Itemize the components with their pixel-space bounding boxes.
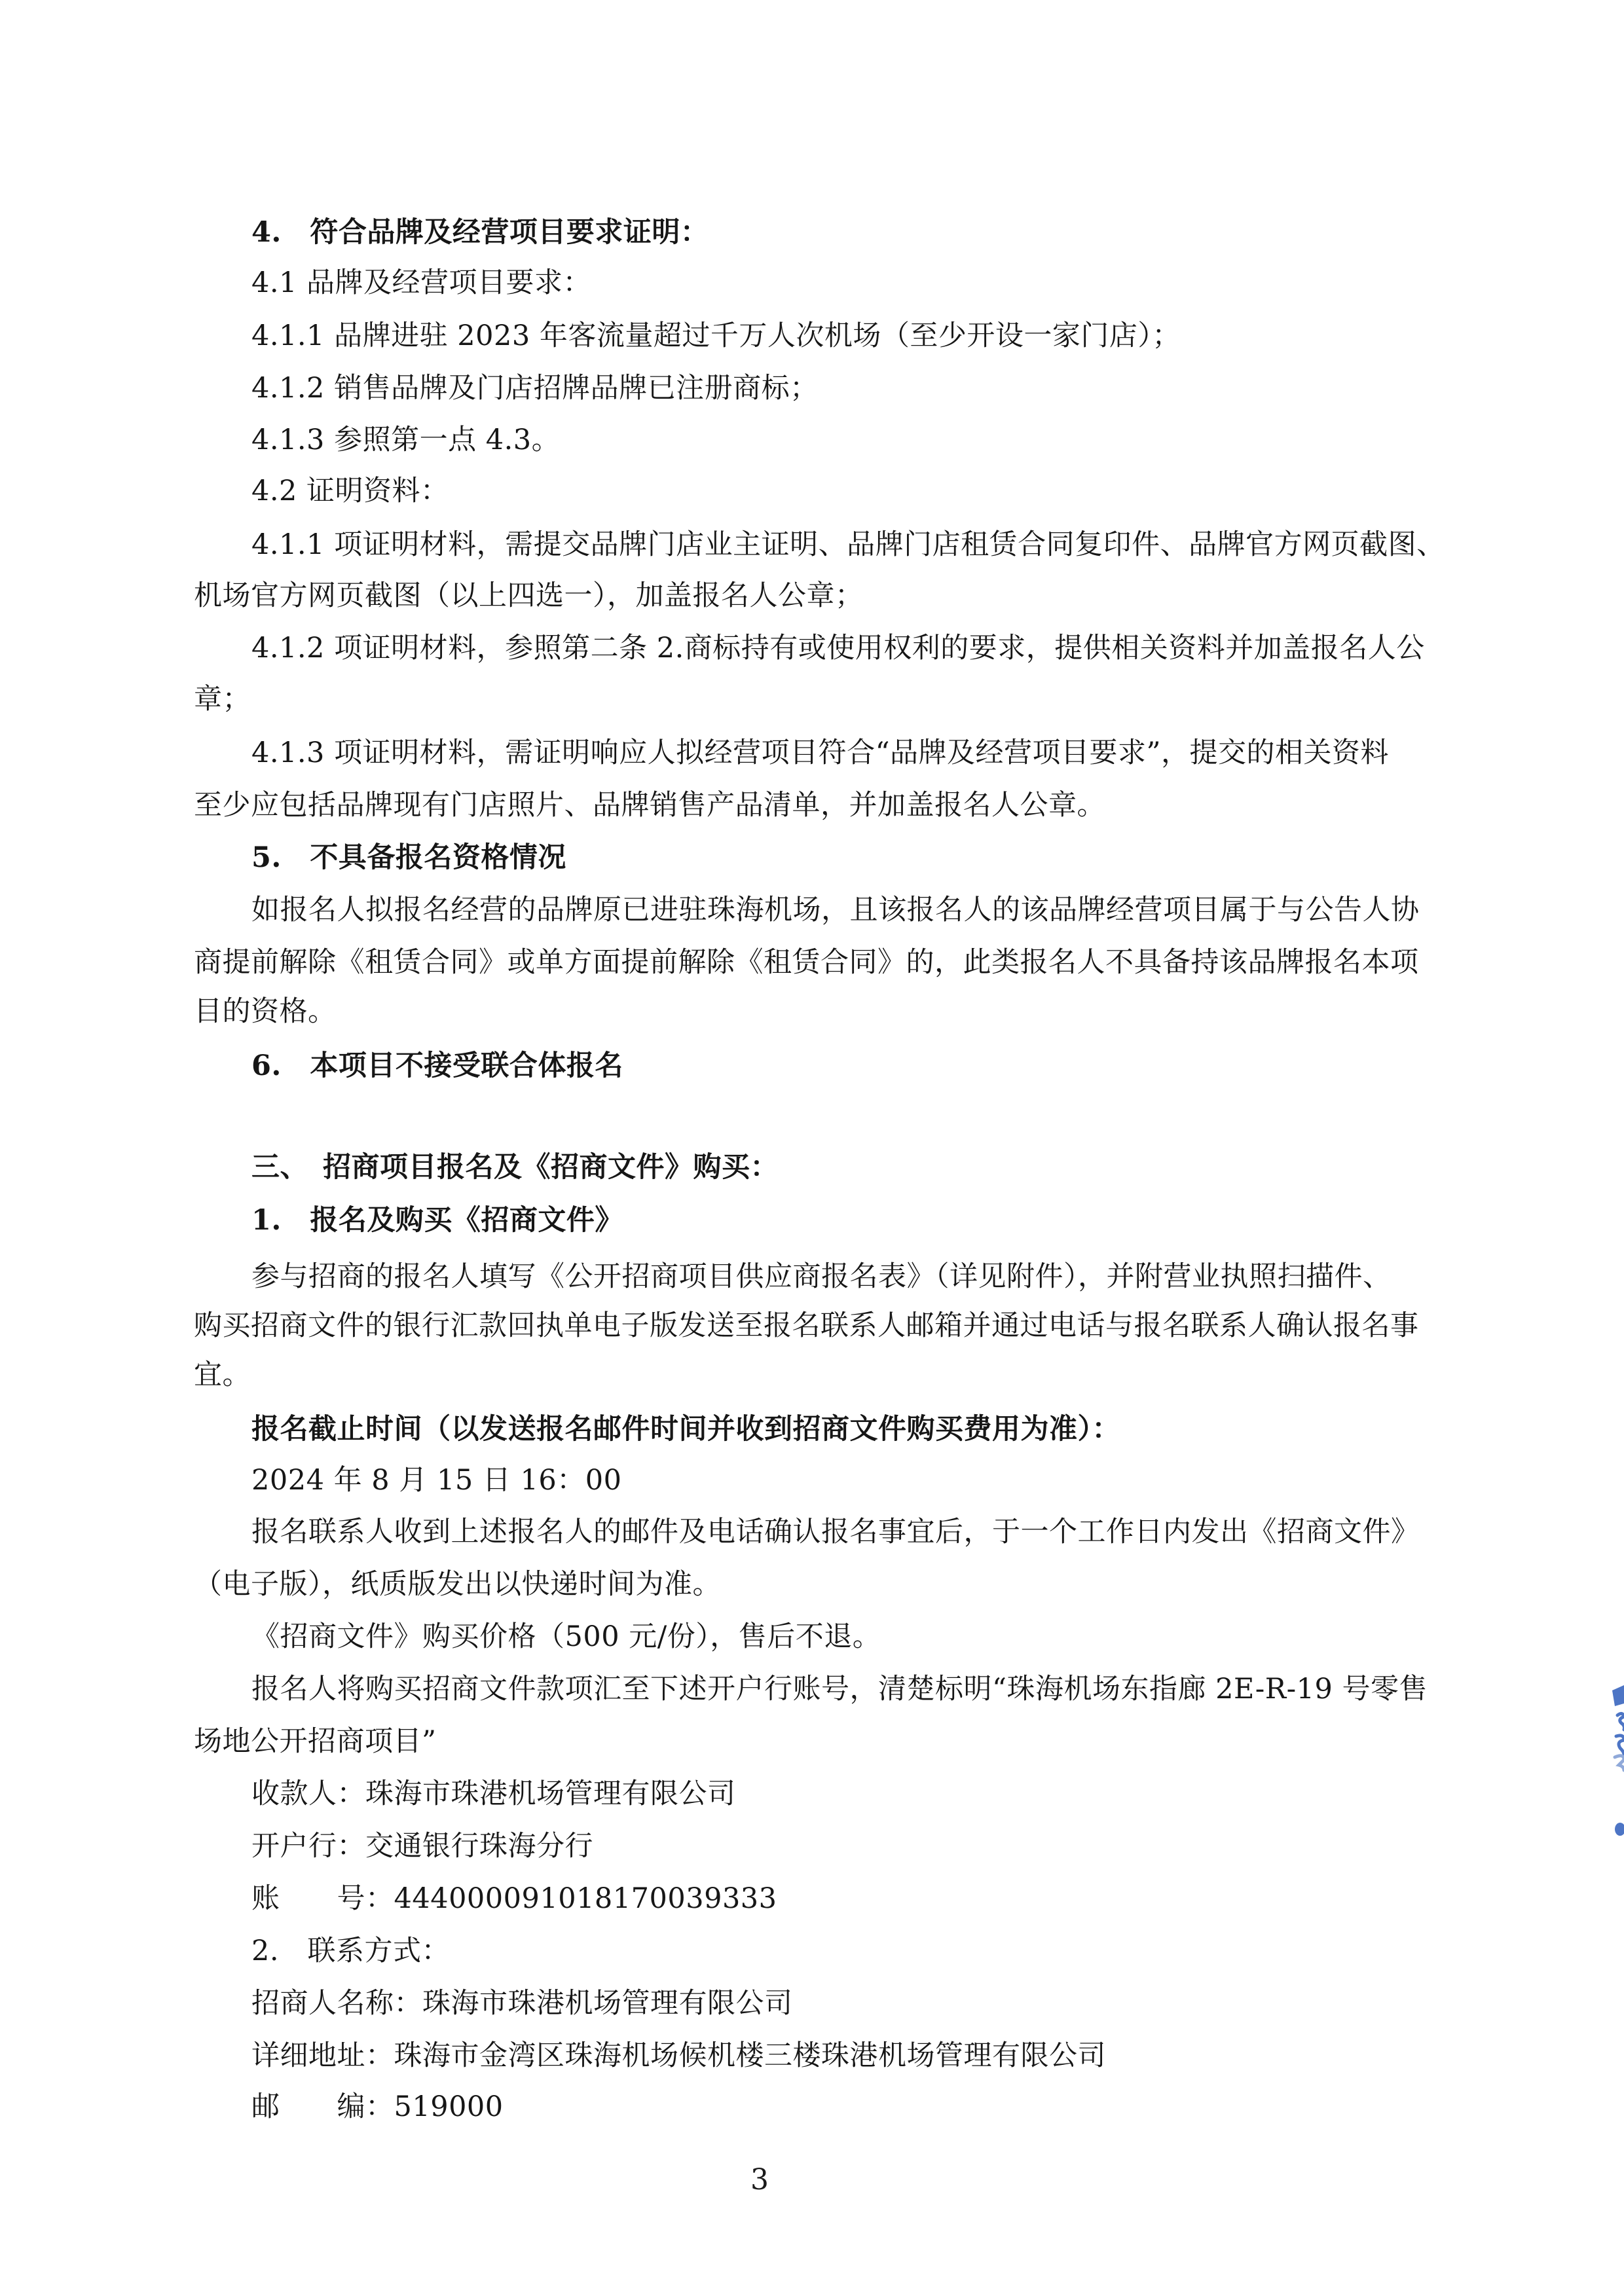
text-line: 5. 不具备报名资格情况 [194,831,1493,884]
text-line: 开户行：交通银行珠海分行 [194,1820,1493,1872]
text-line: 章； [194,673,1435,725]
text-line: 报名联系人收到上述报名人的邮件及电话确认报名事宜后，于一个工作日内发出《招商文件… [194,1506,1493,1558]
text-line: 4.1.1 品牌进驻 2023 年客流量超过千万人次机场（至少开设一家门店）； [194,310,1493,362]
text-line: 宜。 [194,1349,1435,1401]
document-page: 4. 符合品牌及经营项目要求证明：4.1 品牌及经营项目要求：4.1.1 品牌进… [0,0,1624,2296]
text-line: 4.1.3 参照第一点 4.3。 [194,414,1493,466]
text-line: 场地公开招商项目” [194,1715,1435,1768]
text-line: 机场官方网页截图（以上四选一），加盖报名人公章； [194,570,1435,622]
text-line: 4.1.2 项证明材料，参照第二条 2.商标持有或使用权利的要求，提供相关资料并… [194,622,1493,674]
text-line: （电子版），纸质版发出以快递时间为准。 [194,1558,1435,1611]
text-line: 收款人：珠海市珠港机场管理有限公司 [194,1768,1493,1820]
text-line: 4.1.1 项证明材料，需提交品牌门店业主证明、品牌门店租赁合同复印件、品牌官方… [194,519,1493,571]
page-number: 3 [694,2155,825,2205]
text-line: 2. 联系方式： [194,1925,1493,1977]
text-line: 4. 符合品牌及经营项目要求证明： [194,206,1493,259]
text-line: 4.2 证明资料： [194,465,1493,517]
text-line: 4.1.3 项证明材料，需证明响应人拟经营项目符合“品牌及经营项目要求”，提交的… [194,727,1493,779]
text-line: 4.1.2 销售品牌及门店招牌品牌已注册商标； [194,362,1493,414]
document-body: 4. 符合品牌及经营项目要求证明：4.1 品牌及经营项目要求：4.1.1 品牌进… [194,0,1438,2296]
text-line: 购买招商文件的银行汇款回执单电子版发送至报名联系人邮箱并通过电话与报名联系人确认… [194,1300,1435,1352]
text-line: 详细地址：珠海市金湾区珠海机场候机楼三楼珠港机场管理有限公司 [194,2030,1493,2082]
text-line: 目的资格。 [194,985,1435,1038]
text-line: 6. 本项目不接受联合体报名 [194,1040,1493,1092]
text-line: 4.1 品牌及经营项目要求： [194,257,1493,309]
blue-ink-annotation [1603,1684,1624,1844]
text-line: 1. 报名及购买《招商文件》 [194,1194,1493,1247]
text-line: 报名人将购买招商文件款项汇至下述开户行账号，清楚标明“珠海机场东指廊 2E-R-… [194,1663,1493,1715]
text-line: 如报名人拟报名经营的品牌原已进驻珠海机场，且该报名人的该品牌经营项目属于与公告人… [194,884,1493,936]
text-line: 招商人名称：珠海市珠港机场管理有限公司 [194,1977,1493,2030]
text-line: 账 号：444000091018170039333 [194,1872,1493,1925]
text-line: 报名截止时间（以发送报名邮件时间并收到招商文件购买费用为准）： [194,1403,1493,1455]
text-line: 《招商文件》购买价格（500 元/份），售后不退。 [194,1611,1493,1663]
text-line: 参与招商的报名人填写《公开招商项目供应商报名表》（详见附件），并附营业执照扫描件… [194,1250,1493,1303]
text-line: 邮 编：519000 [194,2081,1493,2133]
text-line: 商提前解除《租赁合同》或单方面提前解除《租赁合同》的，此类报名人不具备持该品牌报… [194,936,1435,989]
text-line: 至少应包括品牌现有门店照片、品牌销售产品清单，并加盖报名人公章。 [194,779,1435,831]
text-line: 2024 年 8 月 15 日 16：00 [194,1454,1493,1506]
text-line: 三、 招商项目报名及《招商文件》购买： [194,1141,1493,1194]
